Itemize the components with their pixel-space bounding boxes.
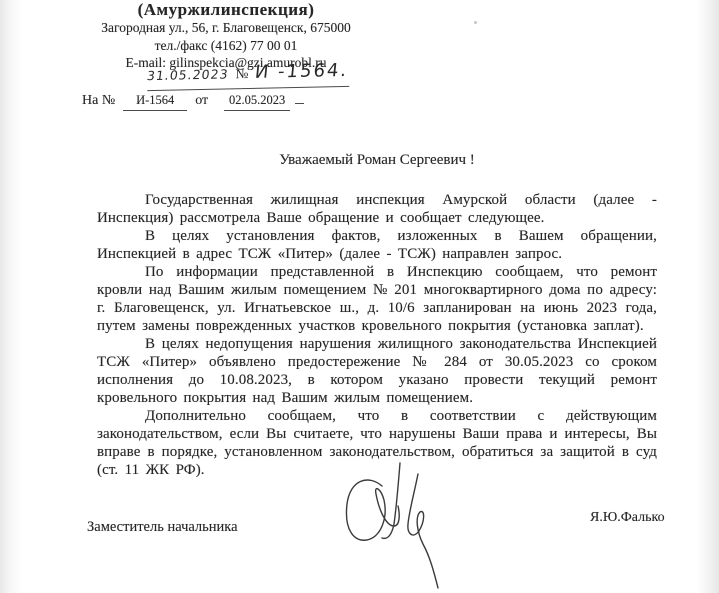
number-sign: № bbox=[235, 66, 248, 82]
incoming-date: 02.05.2023 bbox=[224, 93, 290, 111]
outgoing-ref-handwritten: 31.05.2023 № И -1564. bbox=[147, 60, 350, 91]
incoming-ref-label: На № bbox=[82, 93, 115, 109]
handwritten-signature bbox=[330, 460, 470, 593]
letterhead-org-name: (Амуржилинспекция) bbox=[95, 0, 357, 18]
outgoing-date-handwritten: 31.05.2023 bbox=[146, 66, 230, 83]
scan-artifact-speck bbox=[474, 21, 477, 24]
incoming-from-label: от bbox=[195, 93, 208, 109]
salutation: Уважаемый Роман Сергеевич ! bbox=[97, 151, 657, 169]
incoming-number: И-1564 bbox=[123, 93, 187, 111]
letterhead: (Амуржилинспекция) Загородная ул., 56, г… bbox=[95, 0, 357, 70]
incoming-ref-line: На № И-1564 от 02.05.2023 bbox=[82, 93, 304, 111]
letter-body: Уважаемый Роман Сергеевич ! Государствен… bbox=[97, 151, 657, 479]
outgoing-number-handwritten: И -1564. bbox=[254, 60, 349, 83]
letterhead-address: Загородная ул., 56, г. Благовещенск, 675… bbox=[95, 21, 357, 35]
signer-position: Заместитель начальника bbox=[87, 519, 238, 536]
letterhead-phone: тел./факс (4162) 77 00 01 bbox=[95, 39, 357, 53]
scanned-letter-page: (Амуржилинспекция) Загородная ул., 56, г… bbox=[0, 0, 719, 593]
signer-name: Я.Ю.Фалько bbox=[590, 510, 660, 526]
paragraph-1: Государственная жилищная инспекция Амурс… bbox=[97, 191, 657, 227]
paragraph-2: В целях установления фактов, изложенных … bbox=[97, 227, 657, 263]
paragraph-4: В целях недопущения нарушения жилищного … bbox=[97, 335, 657, 407]
underline-dash bbox=[295, 101, 304, 104]
paragraph-3: По информации представленной в Инспекцию… bbox=[97, 263, 657, 335]
